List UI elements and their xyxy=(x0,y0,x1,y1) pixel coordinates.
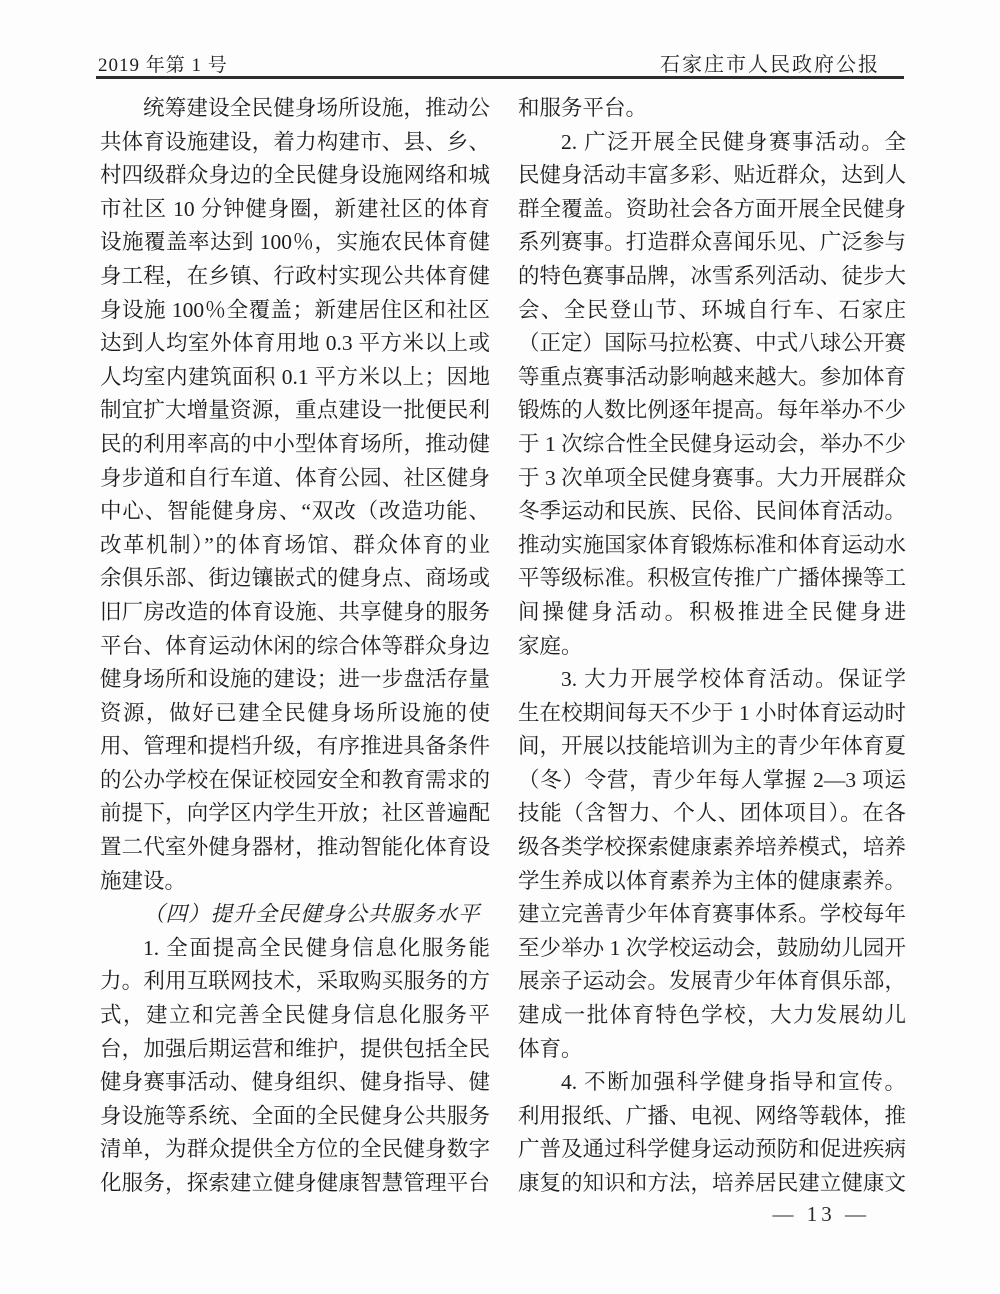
text-line: 会、全民登山节、环城自行车、石家庄 xyxy=(518,294,906,328)
text-line: 健身赛事活动、健身组织、健身指导、健 xyxy=(100,1066,490,1100)
text-line: 清单，为群众提供全方位的全民健身数字 xyxy=(100,1133,490,1167)
text-line: 身设施 100％全覆盖；新建居住区和社区 xyxy=(100,294,490,328)
text-line: 技能（含智力、个人、团体项目）。在各 xyxy=(518,797,906,831)
text-line: 统筹建设全民健身场所设施，推动公 xyxy=(100,92,490,126)
gazette-page: 2019 年第 1 号 石家庄市人民政府公报 统筹建设全民健身场所设施，推动公共… xyxy=(0,0,1000,1294)
text-line: （冬）令营，青少年每人掌握 2—3 项运动 xyxy=(518,764,906,798)
text-line: 用、管理和提档升级，有序推进具备条件 xyxy=(100,730,490,764)
text-line: 身步道和自行车道、体育公园、社区健身 xyxy=(100,462,490,496)
text-line: 生在校期间每天不少于 1 小时体育运动时 xyxy=(518,697,906,731)
text-line: 间操健身活动。积极推进全民健身进 xyxy=(518,596,906,630)
text-line: 康复的知识和方法，培养居民建立健康文 xyxy=(518,1167,906,1201)
header-rule xyxy=(96,76,904,79)
text-line: 于 1 次综合性全民健身运动会，举办不少 xyxy=(518,428,906,462)
text-line: 旧厂房改造的体育设施、共享健身的服务 xyxy=(100,596,490,630)
text-line: 1. 全面提高全民健身信息化服务能 xyxy=(100,932,490,966)
text-line: 系列赛事。打造群众喜闻乐见、广泛参与 xyxy=(518,226,906,260)
text-columns: 统筹建设全民健身场所设施，推动公共体育设施建设，着力构建市、县、乡、村四级群众身… xyxy=(100,92,906,1201)
text-line: 民的利用率高的中小型体育场所，推动健 xyxy=(100,428,490,462)
text-line: 级各类学校探索健康素养培养模式，培养 xyxy=(518,831,906,865)
text-line: 展亲子运动会。发展青少年体育俱乐部， xyxy=(518,965,906,999)
text-line: 等重点赛事活动影响越来越大。参加体育 xyxy=(518,361,906,395)
text-line: 和服务平台。 xyxy=(518,92,906,126)
text-line: 锻炼的人数比例逐年提高。每年举办不少 xyxy=(518,394,906,428)
text-line: 4. 不断加强科学健身指导和宣传。 xyxy=(518,1066,906,1100)
text-line: 村四级群众身边的全民健身设施网络和城 xyxy=(100,159,490,193)
text-line: 化服务，探索建立健身健康智慧管理平台 xyxy=(100,1167,490,1201)
text-line: 冬季运动和民族、民俗、民间体育活动。 xyxy=(518,495,906,529)
text-line: 资源，做好已建全民健身场所设施的使 xyxy=(100,697,490,731)
text-line: 健身场所和设施的建设；进一步盘活存量 xyxy=(100,663,490,697)
page-number: — 13 — xyxy=(700,1202,870,1227)
text-line: 3. 大力开展学校体育活动。保证学 xyxy=(518,663,906,697)
text-line: 体育。 xyxy=(518,1033,906,1067)
text-line: 置二代室外健身器材，推动智能化体育设 xyxy=(100,831,490,865)
text-line: 民健身活动丰富多彩、贴近群众，达到人 xyxy=(518,159,906,193)
text-line: 共体育设施建设，着力构建市、县、乡、 xyxy=(100,126,490,160)
text-line: 2. 广泛开展全民健身赛事活动。全 xyxy=(518,126,906,160)
text-line: 利用报纸、广播、电视、网络等载体，推 xyxy=(518,1100,906,1134)
text-line: 人均室内建筑面积 0.1 平方米以上；因地 xyxy=(100,361,490,395)
text-line: （四）提升全民健身公共服务水平 xyxy=(100,898,490,932)
text-line: 间，开展以技能培训为主的青少年体育夏 xyxy=(518,730,906,764)
gazette-title: 石家庄市人民政府公报 xyxy=(660,48,880,77)
text-line: 前提下，向学区内学生开放；社区普遍配 xyxy=(100,797,490,831)
text-line: 推动实施国家体育锻炼标准和体育运动水 xyxy=(518,529,906,563)
text-line: 群全覆盖。资助社会各方面开展全民健身 xyxy=(518,193,906,227)
page-header: 2019 年第 1 号 石家庄市人民政府公报 xyxy=(98,48,880,77)
text-line: 身设施等系统、全面的全民健身公共服务 xyxy=(100,1100,490,1134)
text-line: 余俱乐部、街边镶嵌式的健身点、商场或 xyxy=(100,562,490,596)
text-line: 的公办学校在保证校园安全和教育需求的 xyxy=(100,764,490,798)
text-line: 设施覆盖率达到 100％，实施农民体育健 xyxy=(100,226,490,260)
text-line: 身工程，在乡镇、行政村实现公共体育健 xyxy=(100,260,490,294)
text-line: 建立完善青少年体育赛事体系。学校每年 xyxy=(518,898,906,932)
text-line: 力。利用互联网技术，采取购买服务的方 xyxy=(100,965,490,999)
text-line: 改革机制）”的体育场馆、群众体育的业 xyxy=(100,529,490,563)
text-line: 广普及通过科学健身运动预防和促进疾病 xyxy=(518,1133,906,1167)
text-line: 台，加强后期运营和维护，提供包括全民 xyxy=(100,1033,490,1067)
text-line: 平等级标准。积极宣传推广广播体操等工 xyxy=(518,562,906,596)
text-column-left: 统筹建设全民健身场所设施，推动公共体育设施建设，着力构建市、县、乡、村四级群众身… xyxy=(100,92,490,1201)
text-line: 中心、智能健身房、“双改（改造功能、 xyxy=(100,495,490,529)
text-line: （正定）国际马拉松赛、中式八球公开赛 xyxy=(518,327,906,361)
text-line: 于 3 次单项全民健身赛事。大力开展群众 xyxy=(518,462,906,496)
text-line: 达到人均室外体育用地 0.3 平方米以上或 xyxy=(100,327,490,361)
text-line: 平台、体育运动休闲的综合体等群众身边 xyxy=(100,630,490,664)
text-line: 式，建立和完善全民健身信息化服务平 xyxy=(100,999,490,1033)
text-column-right: 和服务平台。2. 广泛开展全民健身赛事活动。全民健身活动丰富多彩、贴近群众，达到… xyxy=(518,92,906,1201)
issue-number: 2019 年第 1 号 xyxy=(98,50,228,77)
text-line: 制宜扩大增量资源，重点建设一批便民利 xyxy=(100,394,490,428)
text-line: 学生养成以体育素养为主体的健康素养。 xyxy=(518,865,906,899)
text-line: 家庭。 xyxy=(518,630,906,664)
text-line: 市社区 10 分钟健身圈，新建社区的体育 xyxy=(100,193,490,227)
text-line: 的特色赛事品牌，冰雪系列活动、徒步大 xyxy=(518,260,906,294)
text-line: 建成一批体育特色学校，大力发展幼儿 xyxy=(518,999,906,1033)
text-line: 至少举办 1 次学校运动会，鼓励幼儿园开 xyxy=(518,932,906,966)
text-line: 施建设。 xyxy=(100,865,490,899)
